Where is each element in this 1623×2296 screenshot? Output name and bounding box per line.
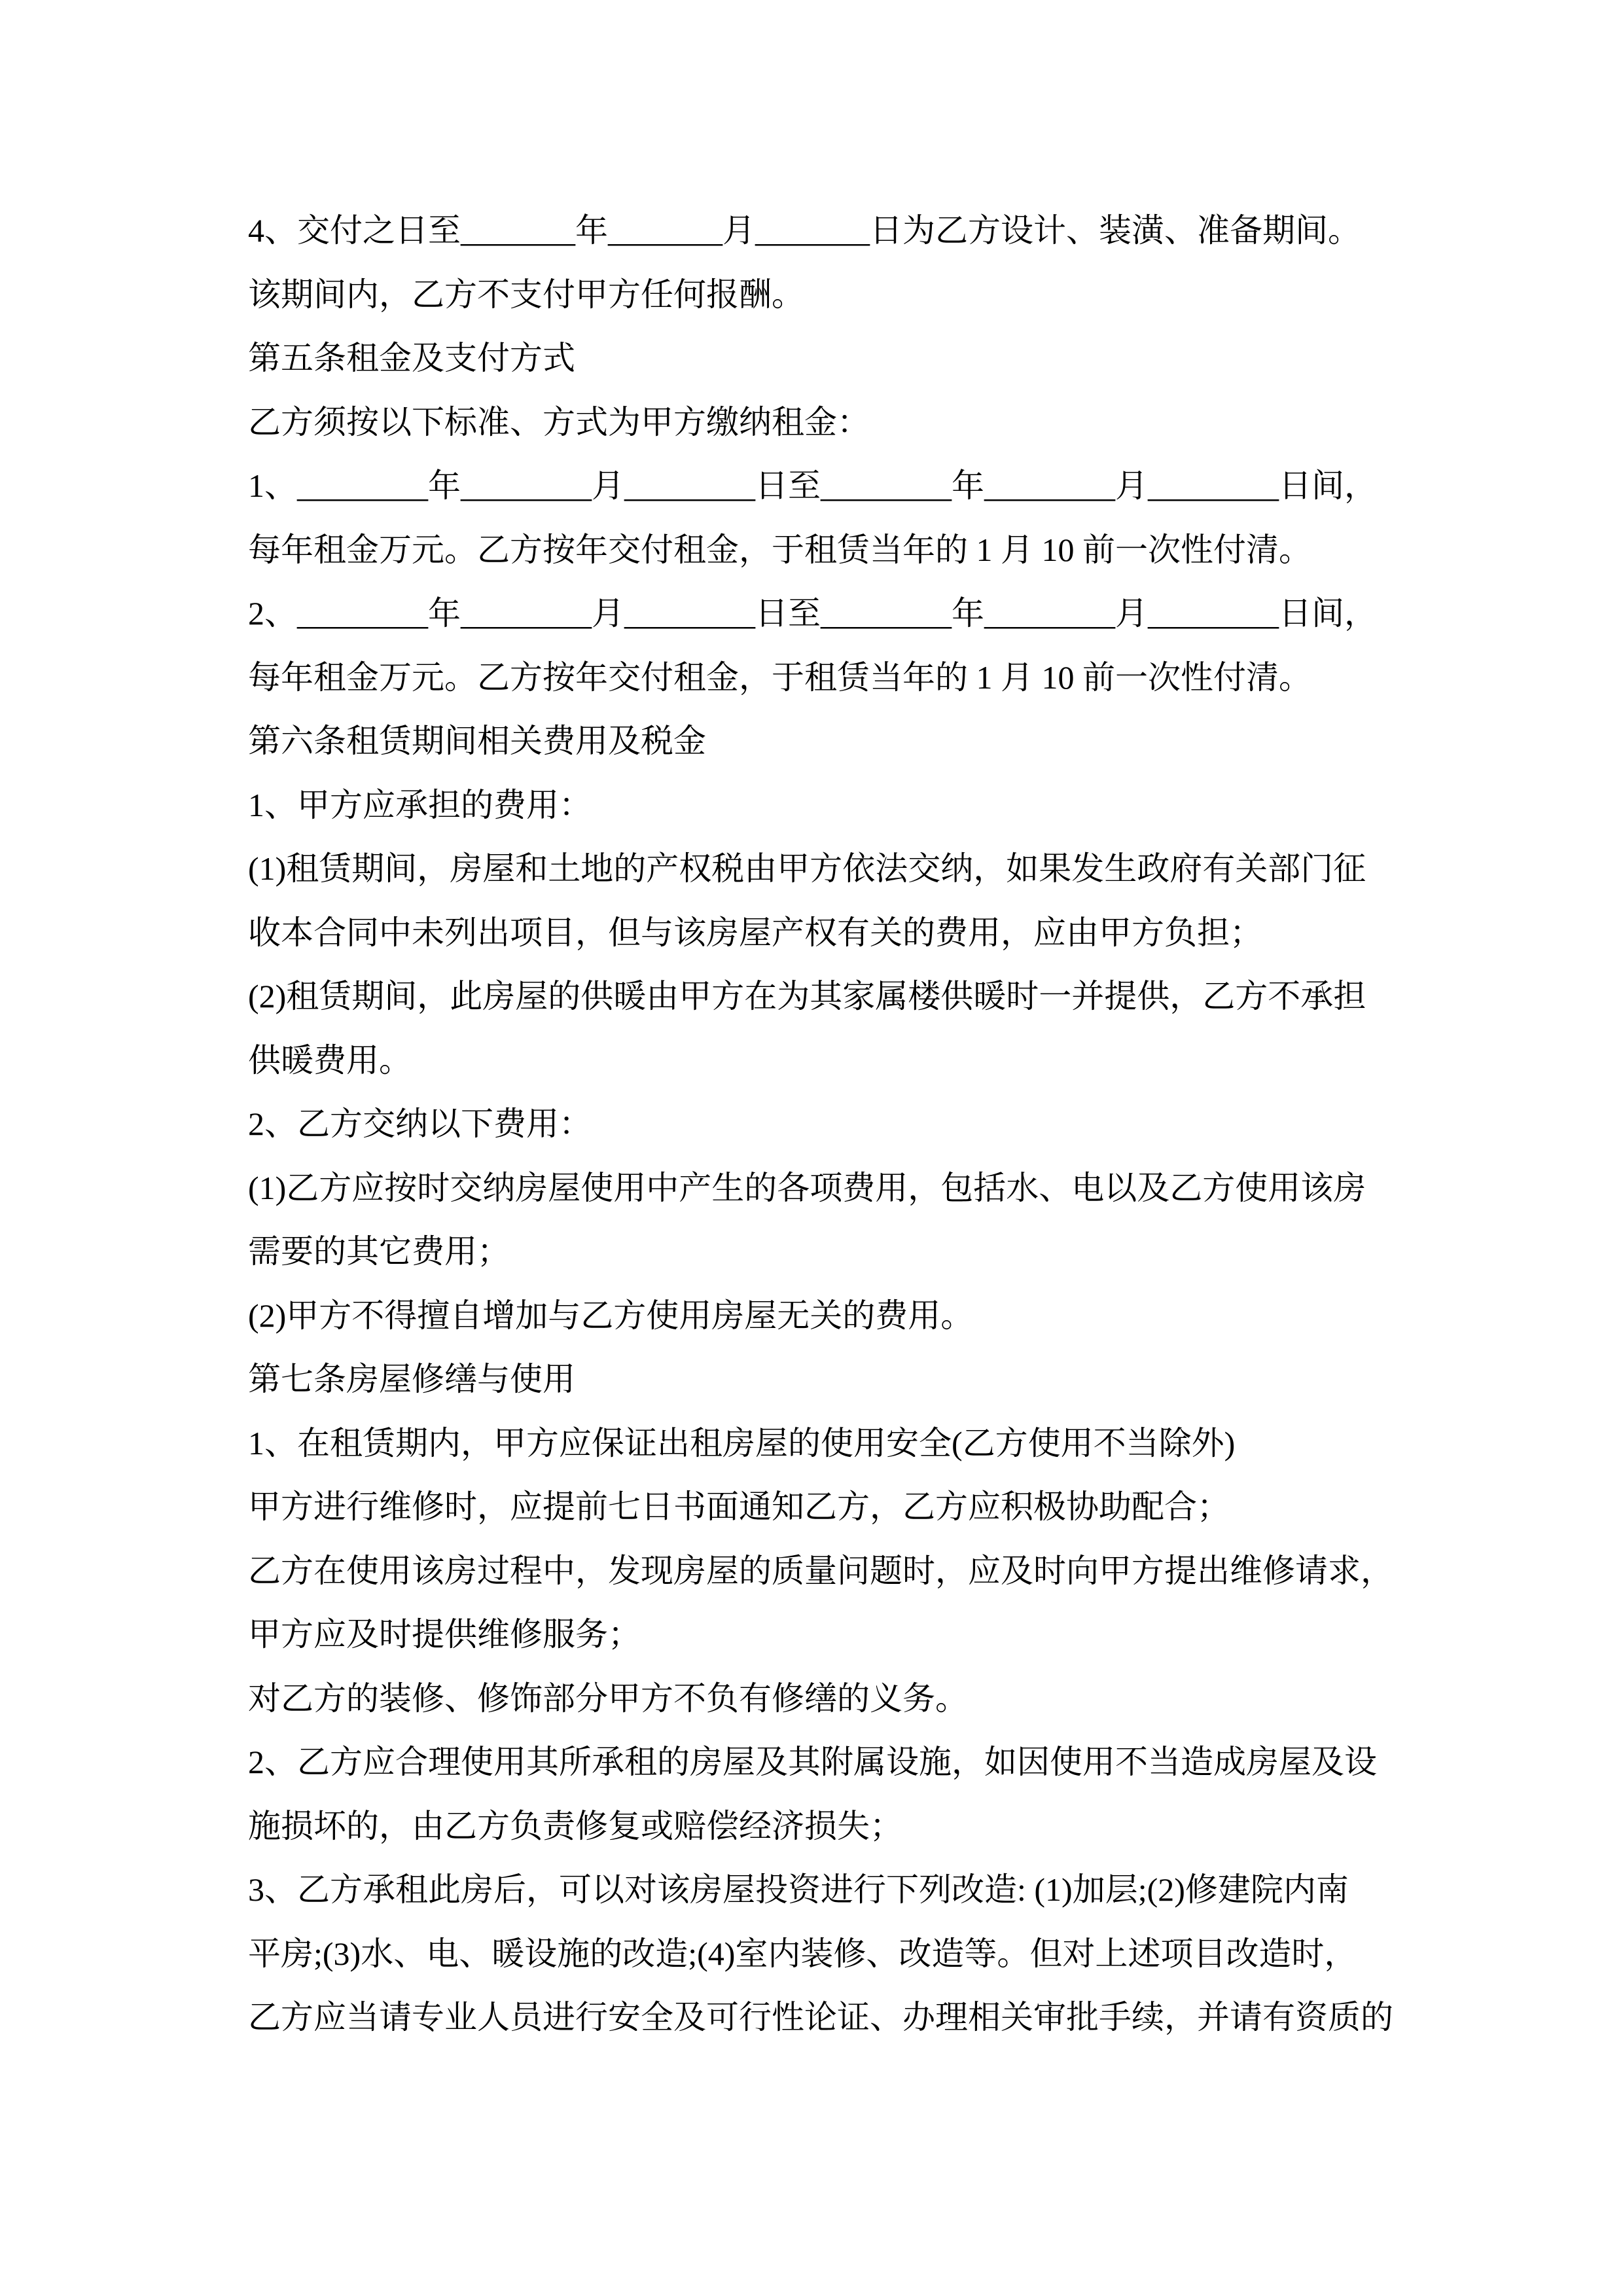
contract-line-21: 甲方进行维修时，应提前七日书面通知乙方，乙方应积极协助配合； (248, 1475, 1453, 1539)
contract-line-28: 平房;(3)水、电、暖设施的改造;(4)室内装修、改造等。但对上述项目改造时， (248, 1922, 1453, 1986)
contract-line-27: 3、乙方承租此房后，可以对该房屋投资进行下列改造: (1)加层;(2)修建院内南 (248, 1858, 1453, 1922)
contract-line-14: 供暖费用。 (248, 1029, 1453, 1093)
contract-text-block: 4、交付之日至_______年_______月_______日为乙方设计、装潢、… (248, 199, 1453, 2050)
contract-line-3: 第五条租金及支付方式 (248, 327, 1453, 391)
contract-line-9: 第六条租赁期间相关费用及税金 (248, 709, 1453, 774)
contract-line-22: 乙方在使用该房过程中，发现房屋的质量问题时，应及时向甲方提出维修请求， (248, 1539, 1453, 1604)
contract-line-13: (2)租赁期间，此房屋的供暖由甲方在为其家属楼供暖时一并提供，乙方不承担 (248, 965, 1453, 1029)
contract-line-4: 乙方须按以下标准、方式为甲方缴纳租金： (248, 391, 1453, 455)
contract-line-7: 2、________年________月________日至________年_… (248, 582, 1453, 646)
contract-line-17: 需要的其它费用； (248, 1220, 1453, 1284)
contract-line-25: 2、乙方应合理使用其所承租的房屋及其附属设施，如因使用不当造成房屋及设 (248, 1731, 1453, 1795)
contract-line-1: 4、交付之日至_______年_______月_______日为乙方设计、装潢、… (248, 199, 1453, 263)
contract-line-5: 1、________年________月________日至________年_… (248, 454, 1453, 518)
contract-line-15: 2、乙方交纳以下费用： (248, 1092, 1453, 1157)
contract-line-11: (1)租赁期间，房屋和土地的产权税由甲方依法交纳，如果发生政府有关部门征 (248, 837, 1453, 901)
contract-line-8: 每年租金万元。乙方按年交付租金，于租赁当年的 1 月 10 前一次性付清。 (248, 646, 1453, 710)
document-page: 4、交付之日至_______年_______月_______日为乙方设计、装潢、… (0, 0, 1623, 2296)
contract-line-2: 该期间内，乙方不支付甲方任何报酬。 (248, 263, 1453, 327)
contract-line-26: 施损坏的，由乙方负责修复或赔偿经济损失； (248, 1795, 1453, 1859)
contract-line-18: (2)甲方不得擅自增加与乙方使用房屋无关的费用。 (248, 1284, 1453, 1348)
contract-line-29: 乙方应当请专业人员进行安全及可行性论证、办理相关审批手续，并请有资质的 (248, 1986, 1453, 2050)
contract-line-12: 收本合同中未列出项目，但与该房屋产权有关的费用，应由甲方负担； (248, 901, 1453, 965)
contract-line-19: 第七条房屋修缮与使用 (248, 1348, 1453, 1412)
contract-line-24: 对乙方的装修、修饰部分甲方不负有修缮的义务。 (248, 1667, 1453, 1731)
contract-line-20: 1、在租赁期内，甲方应保证出租房屋的使用安全(乙方使用不当除外) (248, 1412, 1453, 1476)
contract-line-23: 甲方应及时提供维修服务； (248, 1603, 1453, 1667)
contract-line-10: 1、甲方应承担的费用： (248, 774, 1453, 838)
contract-line-6: 每年租金万元。乙方按年交付租金，于租赁当年的 1 月 10 前一次性付清。 (248, 518, 1453, 583)
contract-line-16: (1)乙方应按时交纳房屋使用中产生的各项费用，包括水、电以及乙方使用该房 (248, 1157, 1453, 1221)
